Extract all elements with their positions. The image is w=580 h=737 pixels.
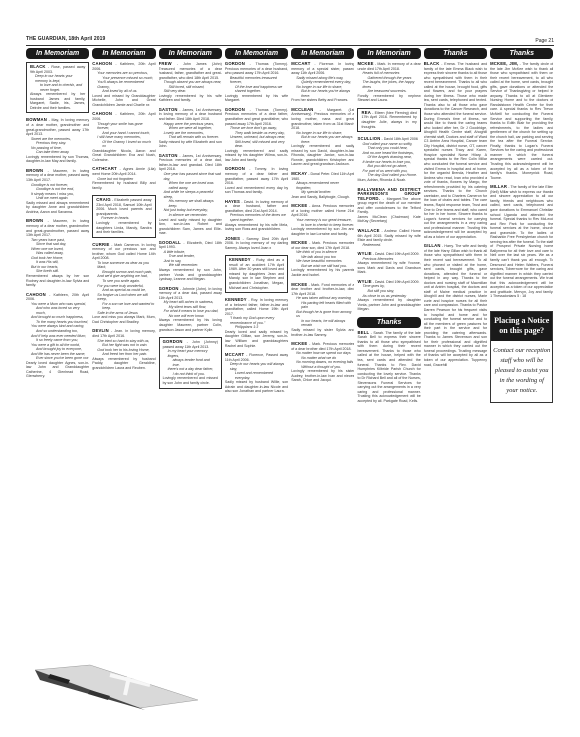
verse: We think of you in silenceWe talk about … — [291, 250, 354, 268]
ad-body: Contact our reception staff who will be … — [491, 341, 552, 402]
deceased-name: GASTON — [159, 107, 178, 112]
notice-signoff: Lovingly remembered by his wife Kathleen… — [159, 94, 222, 103]
notice-signoff: Lovingly remembered by son Jim and daugh… — [291, 227, 354, 236]
deceased-name: CATHCART — [92, 166, 117, 171]
verse: Beautiful memories treasured forever,Of … — [225, 76, 288, 94]
deceased-name: MCKEE — [291, 341, 307, 346]
deceased-name: MCKAY — [291, 171, 307, 176]
notice-intro-line: MCKAY - Donal Peter. Died 11th April 198… — [291, 172, 354, 181]
verse: A little tribute,True and tender,Just to… — [159, 250, 222, 268]
verse-line: "I thank my God upon every remembrance o… — [230, 316, 288, 325]
verse-line: You'll always be remembered Granny, — [97, 80, 155, 89]
notice-intro-line: HAYES - David. In loving memory of a dea… — [225, 200, 288, 214]
deceased-name: GORDON — [163, 339, 183, 344]
verse-line: In my heart your memory lingers, — [168, 349, 218, 358]
notice-intro-line: MILLAR - The family of the late Ellen (N… — [490, 185, 553, 299]
notice-signoff: Always remembered by wife Yvonne, sons M… — [357, 261, 420, 275]
verse-line: For a son we love and wanted to keep. — [97, 302, 155, 311]
notice-signoff: Mum, Adrian, Rhonda & Noah. — [357, 178, 420, 183]
verse-line: But in our hearts you're always there. — [296, 89, 354, 98]
deceased-name: GORDON — [225, 107, 245, 112]
column-3: In MemoriamFREW - John James (John) Trea… — [159, 48, 222, 718]
deceased-name: CAHOON — [92, 111, 112, 116]
notice: MCKEE - Mark. Precious memories of a dea… — [291, 342, 354, 383]
column-7: ThanksBLACK - Emma. The husband and fami… — [424, 48, 487, 718]
notice-intro-line: GASTON - James, 1st Anniversary. Preciou… — [159, 154, 222, 172]
notice-intro-line: MCKEE - Mark. Precious memories of a dea… — [291, 342, 354, 351]
notice-intro: - Harry. The wife and family of the late… — [424, 244, 487, 366]
deceased-name: BLACK — [30, 64, 46, 69]
deceased-name: DEVLIN — [92, 328, 109, 333]
verse-line: Of the Granny I loved so much xx — [97, 140, 155, 149]
column-5: In MemoriamMCCART - Florence. In loving … — [291, 48, 354, 718]
notice-signoff: Always remembered by his loving daughter… — [159, 318, 222, 332]
notice-signoff: Lovingly remembered by daughters Linda, … — [96, 221, 151, 235]
notice-intro: - David. Died 19th April 2009. — [372, 252, 420, 256]
deceased-name: FREW — [159, 61, 172, 66]
verse-line: to love and to cherish, and never forget… — [35, 83, 85, 92]
notice-signoff: Granddaughter Nicola, Aaron and Great Gr… — [92, 149, 155, 163]
section-header: In Memoriam — [357, 48, 420, 59]
deceased-name: WYLIE — [357, 251, 371, 256]
column-2: In MemoriamCAHOON - Kathleen, 20th April… — [92, 48, 155, 718]
notice: BLACK - Rose, passed away 9th April 2003… — [26, 62, 89, 113]
verse: Precious memories of the times we spent … — [225, 213, 288, 222]
notice-intro-line: BALLYMENA AND DISTRICT PARKINSON'S GROUP… — [357, 188, 420, 215]
verse-line: His memory we shall always keep. — [164, 199, 222, 208]
section-header: In Memoriam — [92, 48, 155, 59]
notice-signoff: Fondly remembered by nephew Stewart and … — [357, 94, 420, 103]
notice: MCKEE - Mark. Fond memories of a dear br… — [291, 283, 354, 338]
notice-intro-line: CATHCART - Agnes Annie (Lila) went Home … — [92, 167, 155, 176]
notice-signoff: Loved and sadly missed by daughter Ann, … — [159, 218, 222, 236]
notice: MCKEE - Mark. In memory of a dear uncle … — [357, 62, 420, 103]
notice: GORDON - Johnnie (John). In loving memor… — [159, 287, 222, 332]
deceased-name: BOWMAN — [26, 117, 47, 122]
verse-line: always tender fond and true. — [168, 358, 218, 367]
verse: Goodbye is not forever,Goodbye is not th… — [26, 183, 89, 201]
verse-line: When the one we loved was called away. — [164, 181, 222, 190]
notice-signoff: Love and miss you always Mark, Mum, Dad … — [92, 315, 155, 324]
verse-line: Of the love and happiness we shared toge… — [230, 85, 288, 94]
notice-signoff: Remembered by husband Billy and family. — [92, 181, 155, 190]
deceased-name: MCKEE — [291, 240, 307, 245]
notice-signoff: Always remembered by son John, partner V… — [159, 268, 222, 282]
notice: GILLAN - Harry. The wife and family of t… — [424, 244, 487, 367]
notice-intro-line: GORDON - Thomas (Tommy). Precious memori… — [225, 108, 288, 126]
notice-intro-line: BELL - Sarah. The family of the late Sar… — [357, 331, 420, 404]
verse: Deep in our hearts you will always stay,… — [225, 362, 288, 380]
notice: MCCART - Florence. In loving memory of a… — [291, 62, 354, 103]
notice: WALLACE - Andrew. Called Home 6th April … — [357, 229, 420, 247]
deceased-name: REA — [361, 110, 370, 115]
notice-intro-line: MCCART - Florence. In loving memory of a… — [291, 62, 354, 76]
verse-line: Still loved, still missed and very dear. — [230, 140, 288, 149]
notice: MCKEE - Mark. Precious memories of our d… — [291, 241, 354, 277]
columns-container: In MemoriamBLACK - Rose, passed away 9th… — [26, 48, 554, 718]
notice: MCCART - Florence, Passed away 11th Apri… — [225, 353, 288, 394]
notice-intro-line: CAHOON - Kathleen, 20th April 2006. — [92, 62, 155, 71]
verse-line: Always remembered never forgotten, — [296, 181, 354, 190]
notice: MCCLEAN - Margaret. (1st Anniversary). P… — [291, 108, 354, 167]
notice-intro-line: BROWN - Maureen, In loving memory of a d… — [26, 219, 89, 237]
notice-signoff: Lovingly remembered by his parents Jacki… — [291, 268, 354, 277]
notice-intro-line: GORDON - Tommy. In loving memory of a de… — [225, 167, 288, 185]
notice-intro-line: GILLAN - Harry. The wife and family of t… — [424, 244, 487, 367]
notice: DEVLIN - Jean. In loving memory, died 17… — [92, 329, 155, 370]
verse: Two years have past,Since that sad day,W… — [26, 238, 89, 274]
notice: CAHOON - Kathleen, 20th April 2006.Your … — [92, 62, 155, 107]
deceased-name: MCKEE — [291, 282, 307, 287]
verse: To lose someone as dear as you Mark,Brou… — [92, 261, 155, 316]
notice-intro-line: JONES - Sammy. Died 20th April 2006. In … — [225, 237, 288, 251]
section-header: Thanks — [424, 48, 487, 59]
notice-intro: - Emma. The husband and family of the la… — [424, 62, 487, 239]
deceased-name: MCCART — [291, 61, 310, 66]
deceased-name: SCULLION — [357, 136, 380, 141]
deceased-name: GORDON — [225, 166, 245, 171]
deceased-name: GOODALL — [159, 240, 181, 245]
notice-signoff: Always remembered by her husband James a… — [30, 92, 85, 110]
notice: GASTON - James, 1st Anniversary. Preciou… — [159, 154, 222, 236]
notice: MCKEE - Anna. Precious memories of a lov… — [291, 204, 354, 236]
deceased-name: KENNEDY — [229, 257, 251, 262]
section-header: Thanks — [357, 317, 420, 328]
notice-signoff: Lovingly remembered and sadly missed by … — [225, 149, 288, 163]
section-header: Thanks — [490, 48, 553, 59]
notice-signoff: Lovingly remembered by his sister Audrey… — [291, 369, 354, 383]
verse: Redeemed. — [357, 243, 420, 248]
notice-signoff: Dearly loved and sadly missed by daughte… — [225, 330, 288, 348]
notice-signoff: Sadly missed by sister Sylvia and brothe… — [291, 328, 354, 337]
notice-signoff: Always remembered by husband Paddy, daug… — [92, 357, 155, 371]
section-header: In Memoriam — [291, 48, 354, 59]
notice: BELL - Sarah. The family of the late Sar… — [357, 331, 420, 404]
placing-notice-ad: Placing a Notice on this page?Contact ou… — [490, 311, 553, 403]
verse-line: Your memories are so precious, — [97, 71, 155, 76]
deceased-name: MCKEE, JIM, — [490, 61, 518, 66]
deceased-name: GORDON — [159, 286, 179, 291]
notice: CRAIG - Elizabeth passed away 23rd April… — [92, 195, 155, 237]
deceased-name: CURRIE — [92, 242, 109, 247]
notice-signoff: Loved and remembered every day by son Th… — [225, 186, 288, 195]
notice-intro-line: MCKEE - Anna. Precious memories of a lov… — [291, 204, 354, 218]
notice-signoff: Sadly missed by wife Elizabeth and son J… — [159, 140, 222, 149]
notice: MCKAY - Donal Peter. Died 11th April 198… — [291, 172, 354, 199]
deceased-name: MCCART — [225, 352, 244, 357]
verse-line: Redeemed. — [362, 243, 420, 248]
verse: Always remembered never forgotten,My spe… — [291, 181, 354, 195]
deceased-name: BELL — [357, 330, 369, 335]
verse: He was taken without any warningHis part… — [291, 296, 354, 328]
deceased-name: CAHOON — [92, 61, 112, 66]
notice: BROWN - Maureen, In loving memory of a d… — [26, 169, 89, 214]
notice: JONES - Sammy. Died 20th April 2006. In … — [225, 237, 288, 251]
notice-intro-line: MCCART - Florence, Passed away 11th Apri… — [225, 353, 288, 362]
notice-intro: - The family circle of the late Jim McKe… — [490, 62, 553, 180]
notice: WYLIE - David. Died 19th April 2009.Time… — [357, 280, 420, 312]
verse: One year has passed since that sad day,W… — [159, 172, 222, 217]
notice: CAHOON - Kathleen, 20th April 2006.You w… — [26, 293, 89, 379]
notice-signoff: Remembered always by her son Rodney and … — [26, 274, 89, 288]
deceased-name: BROWN — [26, 168, 43, 173]
notice-intro-line: GASTON - James, 1st Anniversary. In lovi… — [159, 108, 222, 122]
newspaper-title: THE GUARDIAN, 18th April 2019 — [26, 36, 105, 42]
verse: In my heart your memory lingers,always t… — [163, 349, 218, 376]
notice-intro: - Sarah. The family of the late Sarah Be… — [357, 331, 420, 403]
notice-intro-line: CAHOON - Kathleen, 20th April 2006. — [92, 112, 155, 121]
section-header: In Memoriam — [159, 48, 222, 59]
verse-line: But her fight was not in vain. — [97, 343, 155, 348]
verse: Sadly missed along life's way,Quietly re… — [291, 76, 354, 99]
notice-signoff: From her sisters Betty and Frances. — [291, 98, 354, 103]
deceased-name: BROWN — [26, 218, 43, 223]
notice: GORDON - John (Johnny) passed away 11th … — [159, 337, 222, 388]
verse: Hearts full of memoriesGathered through … — [357, 71, 420, 94]
masthead: THE GUARDIAN, 18th April 2019 Page 21 — [26, 30, 554, 46]
notice: REA - Eileen (Nee Fleming) died 17th Apr… — [357, 108, 420, 132]
notice-signoff: Lovingly remembered and sadly missed by … — [291, 144, 354, 167]
notice-intro-line: GORDON - Thomas (Tommy). Precious memori… — [225, 62, 288, 76]
notice-intro-line: MCKEE - Mark. Precious memories of our d… — [291, 241, 354, 250]
notice-signoff: Loved and missed by Granddaughter Michel… — [92, 94, 155, 108]
notice-intro-line: REA - Eileen (Nee Fleming) died 17th Apr… — [361, 111, 416, 129]
notice-intro: - David. Died 19th April 2009. — [372, 280, 420, 284]
verse-line: And who was loved so very much, — [31, 306, 89, 315]
notice-signoff: Sadly missed and always remembered by da… — [26, 201, 89, 215]
notice: MCKEE, JIM, - The family circle of the l… — [490, 62, 553, 180]
notice-intro-line: KENNEDY - Roy. In loving memory of a bel… — [225, 298, 288, 316]
notice-intro-line: WALLACE - Andrew. Called Home 6th April … — [357, 229, 420, 243]
notice-intro: - David 18th April 2006 — [381, 137, 418, 141]
verse: Though your smile has gone forever,And y… — [92, 122, 155, 149]
deceased-name: GILLAN — [424, 243, 441, 248]
notice-intro-line: SCULLION - David 18th April 2006 — [357, 137, 420, 142]
deceased-name: MILLAR — [490, 184, 507, 189]
verse-line: So forgive us Lord when we still weep, — [97, 293, 155, 302]
verse: My heart still aches in sadness,My silen… — [159, 300, 222, 318]
verse: No longer in our life to share,But in ou… — [291, 131, 354, 145]
verse: No matter how we spend our daysNo matter… — [291, 351, 354, 369]
notice-intro-line: BLACK - Rose, passed away 9th April 2003… — [30, 65, 85, 74]
deceased-name: MCKEE — [291, 203, 307, 208]
notice: GORDON - Tommy. In loving memory of a de… — [225, 167, 288, 194]
verse-line: The laughs, the jokes, the happy times — [362, 80, 420, 89]
notice: CATHCART - Agnes Annie (Lila) went Home … — [92, 167, 155, 190]
notice-intro-line: MCKEE, JIM, - The family circle of the l… — [490, 62, 553, 180]
page-number: Page 21 — [535, 38, 554, 44]
notice-intro-line: CURRIE - Mark Cameron. In loving memory … — [92, 243, 155, 261]
verse-line: Deep in our hearts your memory is kept, — [35, 74, 85, 83]
notice-signoff: Jean and Sandy, Ballybogie, Clough. — [291, 195, 354, 200]
notice-intro: - The family of the late Ellen (Nell) Mi… — [490, 185, 553, 298]
verse: You were a Mum who was special,And who w… — [26, 302, 89, 361]
notice: KENNEDY - Roy. In loving memory of a bel… — [225, 298, 288, 348]
verse-line: His parting left hearts filled with pain — [296, 301, 354, 310]
verse-line: Beautiful memories treasured forever, — [230, 76, 288, 85]
verse: Those we love don't go away,They walk be… — [225, 126, 288, 149]
notice-signoff: Lovingly remembered by his wife Margaret… — [225, 94, 288, 103]
notice: WYLIE - David. Died 19th April 2009.Prec… — [357, 252, 420, 275]
notice-intro-line: GORDON - Johnnie (John). In loving memor… — [159, 287, 222, 301]
deceased-name: CRAIG — [96, 197, 111, 202]
notice: BROWN - Maureen, In loving memory of a d… — [26, 219, 89, 287]
verse: Happy were the precious years,When we we… — [159, 122, 222, 140]
bible-icon — [30, 660, 200, 710]
deceased-name: CAHOON — [26, 292, 46, 297]
verse-line: But in our hearts you are always there. — [296, 135, 354, 144]
column-6: In MemoriamMCKEE - Mark. In memory of a … — [357, 48, 420, 718]
verse: Your memories are so precious,Your prese… — [92, 71, 155, 94]
notice: BOWMAN - May, In loving memory of a dear… — [26, 118, 89, 163]
notice-intro-line: BLACK - Emma. The husband and family of … — [424, 62, 487, 239]
section-header: In Memoriam — [26, 48, 89, 59]
deceased-name: GORDON — [225, 61, 245, 66]
column-4: In MemoriamGORDON - Thomas (Tommy). Prec… — [225, 48, 288, 718]
notice: CURRIE - Mark Cameron. In loving memory … — [92, 243, 155, 325]
notice-signoff: Dearly loved daughter Agnes, son-in-law … — [26, 361, 89, 379]
notice: GORDON - Thomas (Tommy). Precious memori… — [225, 62, 288, 103]
deceased-name: JONES — [225, 236, 240, 241]
verse-line: To lose someone as dear as you Mark, — [97, 261, 155, 270]
verse-line: Deep in our hearts you will always stay, — [230, 362, 288, 371]
verse: She tried so hard to stay with us,But he… — [92, 339, 155, 357]
verse-line: Loved and remembered everyday. — [230, 371, 288, 380]
notice: HAYES - David. In loving memory of a dea… — [225, 200, 288, 232]
deceased-name: MCCLEAN — [291, 107, 313, 112]
verse-line: Your memory is our great treasure, — [296, 218, 354, 223]
verse: God called your name so softly,That only… — [357, 142, 420, 178]
verse: Time goes by,But still you stay,As close… — [357, 284, 420, 298]
notice: BALLYMENA AND DISTRICT PARKINSON'S GROUP… — [357, 188, 420, 224]
verse: Your memory is our great treasure,to lov… — [291, 218, 354, 227]
notice-intro-line: KENNEDY - Ruby, died as a result of an a… — [229, 258, 284, 290]
notice: MILLAR - The family of the late Ellen (N… — [490, 185, 553, 299]
verse-line: And while he sleeps a peaceful sleep, — [164, 190, 222, 199]
notice-intro-line: DEVLIN - Jean. In loving memory, died 17… — [92, 329, 155, 338]
deceased-name: GASTON — [159, 153, 178, 158]
notice: CAHOON - Kathleen, 20th April 2006.Thoug… — [92, 112, 155, 162]
notice: BLACK - Emma. The husband and family of … — [424, 62, 487, 239]
notice: FREW - John James (John) Treasured memor… — [159, 62, 222, 103]
notice: GASTON - James, 1st Anniversary. In lovi… — [159, 108, 222, 149]
notice: SCULLION - David 18th April 2006God call… — [357, 137, 420, 182]
notice-intro-line: CAHOON - Kathleen, 20th April 2006. — [26, 293, 89, 302]
notice-signoff: Lovingly remembered and missed by son Jo… — [163, 376, 218, 385]
verse-line: In our hearts, he will always remain — [296, 319, 354, 328]
column-1: In MemoriamBLACK - Rose, passed away 9th… — [26, 48, 89, 718]
deceased-name: HAYES — [225, 199, 240, 204]
notice-intro-line: GOODALL - Elizabeth, Died 18th April 199… — [159, 241, 222, 250]
notice-intro-line: MCCLEAN - Margaret. (1st Anniversary). P… — [291, 108, 354, 131]
notice: GORDON - Thomas (Tommy). Precious memori… — [225, 108, 288, 163]
notice-intro-line: BOWMAN - May, In loving memory of a dear… — [26, 118, 89, 136]
deceased-name: WYLIE — [357, 279, 371, 284]
notice-signoff: Always remembered by his wife Mela, lovi… — [225, 223, 288, 232]
verse: Sweet are the memories,Precious they sta… — [26, 137, 89, 155]
deceased-name: WALLACE — [357, 228, 379, 233]
notice-intro-line: CRAIG - Elizabeth passed away 23rd April… — [96, 198, 151, 216]
verse-line: Though your smile has gone forever, — [97, 122, 155, 131]
deceased-name: MCKEE — [357, 61, 373, 66]
notice: GOODALL - Elizabeth, Died 18th April 199… — [159, 241, 222, 282]
notice-intro: - Ruby, died as a result of an accident … — [229, 258, 284, 289]
notice-intro-line: FREW - John James (John) Treasured memor… — [159, 62, 222, 80]
verse: "I thank my God upon every remembrance o… — [225, 316, 288, 330]
verse-line: But though he is gone from among us — [296, 310, 354, 319]
section-header: In Memoriam — [225, 48, 288, 59]
verse: Though absent you are always near,Still … — [159, 80, 222, 94]
verse-line: Precious memories of the times we spent … — [230, 213, 288, 222]
verse-line: One year has passed since that sad day, — [164, 172, 222, 181]
notice-intro-line: BROWN - Maureen, In loving memory of a d… — [26, 169, 89, 183]
notice-signoff: Sadly missed by husband Willie, son Adra… — [225, 380, 288, 394]
ad-title: Placing a Notice on this page? — [491, 312, 552, 341]
deceased-name: BLACK — [424, 61, 440, 66]
notice: KENNEDY - Ruby, died as a result of an a… — [225, 255, 288, 293]
notice-intro-line: GORDON - John (Johnny) passed away 11th … — [163, 340, 218, 349]
column-8: ThanksMCKEE, JIM, - The family circle of… — [490, 48, 553, 718]
notice-signoff: Lovingly remembered by son Thomas, daugh… — [26, 155, 89, 164]
notice-intro-line: MCKEE - Mark. In memory of a dear uncle … — [357, 62, 420, 71]
deceased-name: KENNEDY — [225, 297, 247, 302]
notice-signoff: James McClean (Chairman) Kate McKay (Sec… — [357, 215, 420, 224]
notice-intro-line: MCKEE - Mark. Fond memories of a dear br… — [291, 283, 354, 297]
verse: Deep in our hearts your memory is kept,t… — [30, 74, 85, 92]
notice-signoff: Always remembered by daughter Vonla, par… — [357, 298, 420, 312]
